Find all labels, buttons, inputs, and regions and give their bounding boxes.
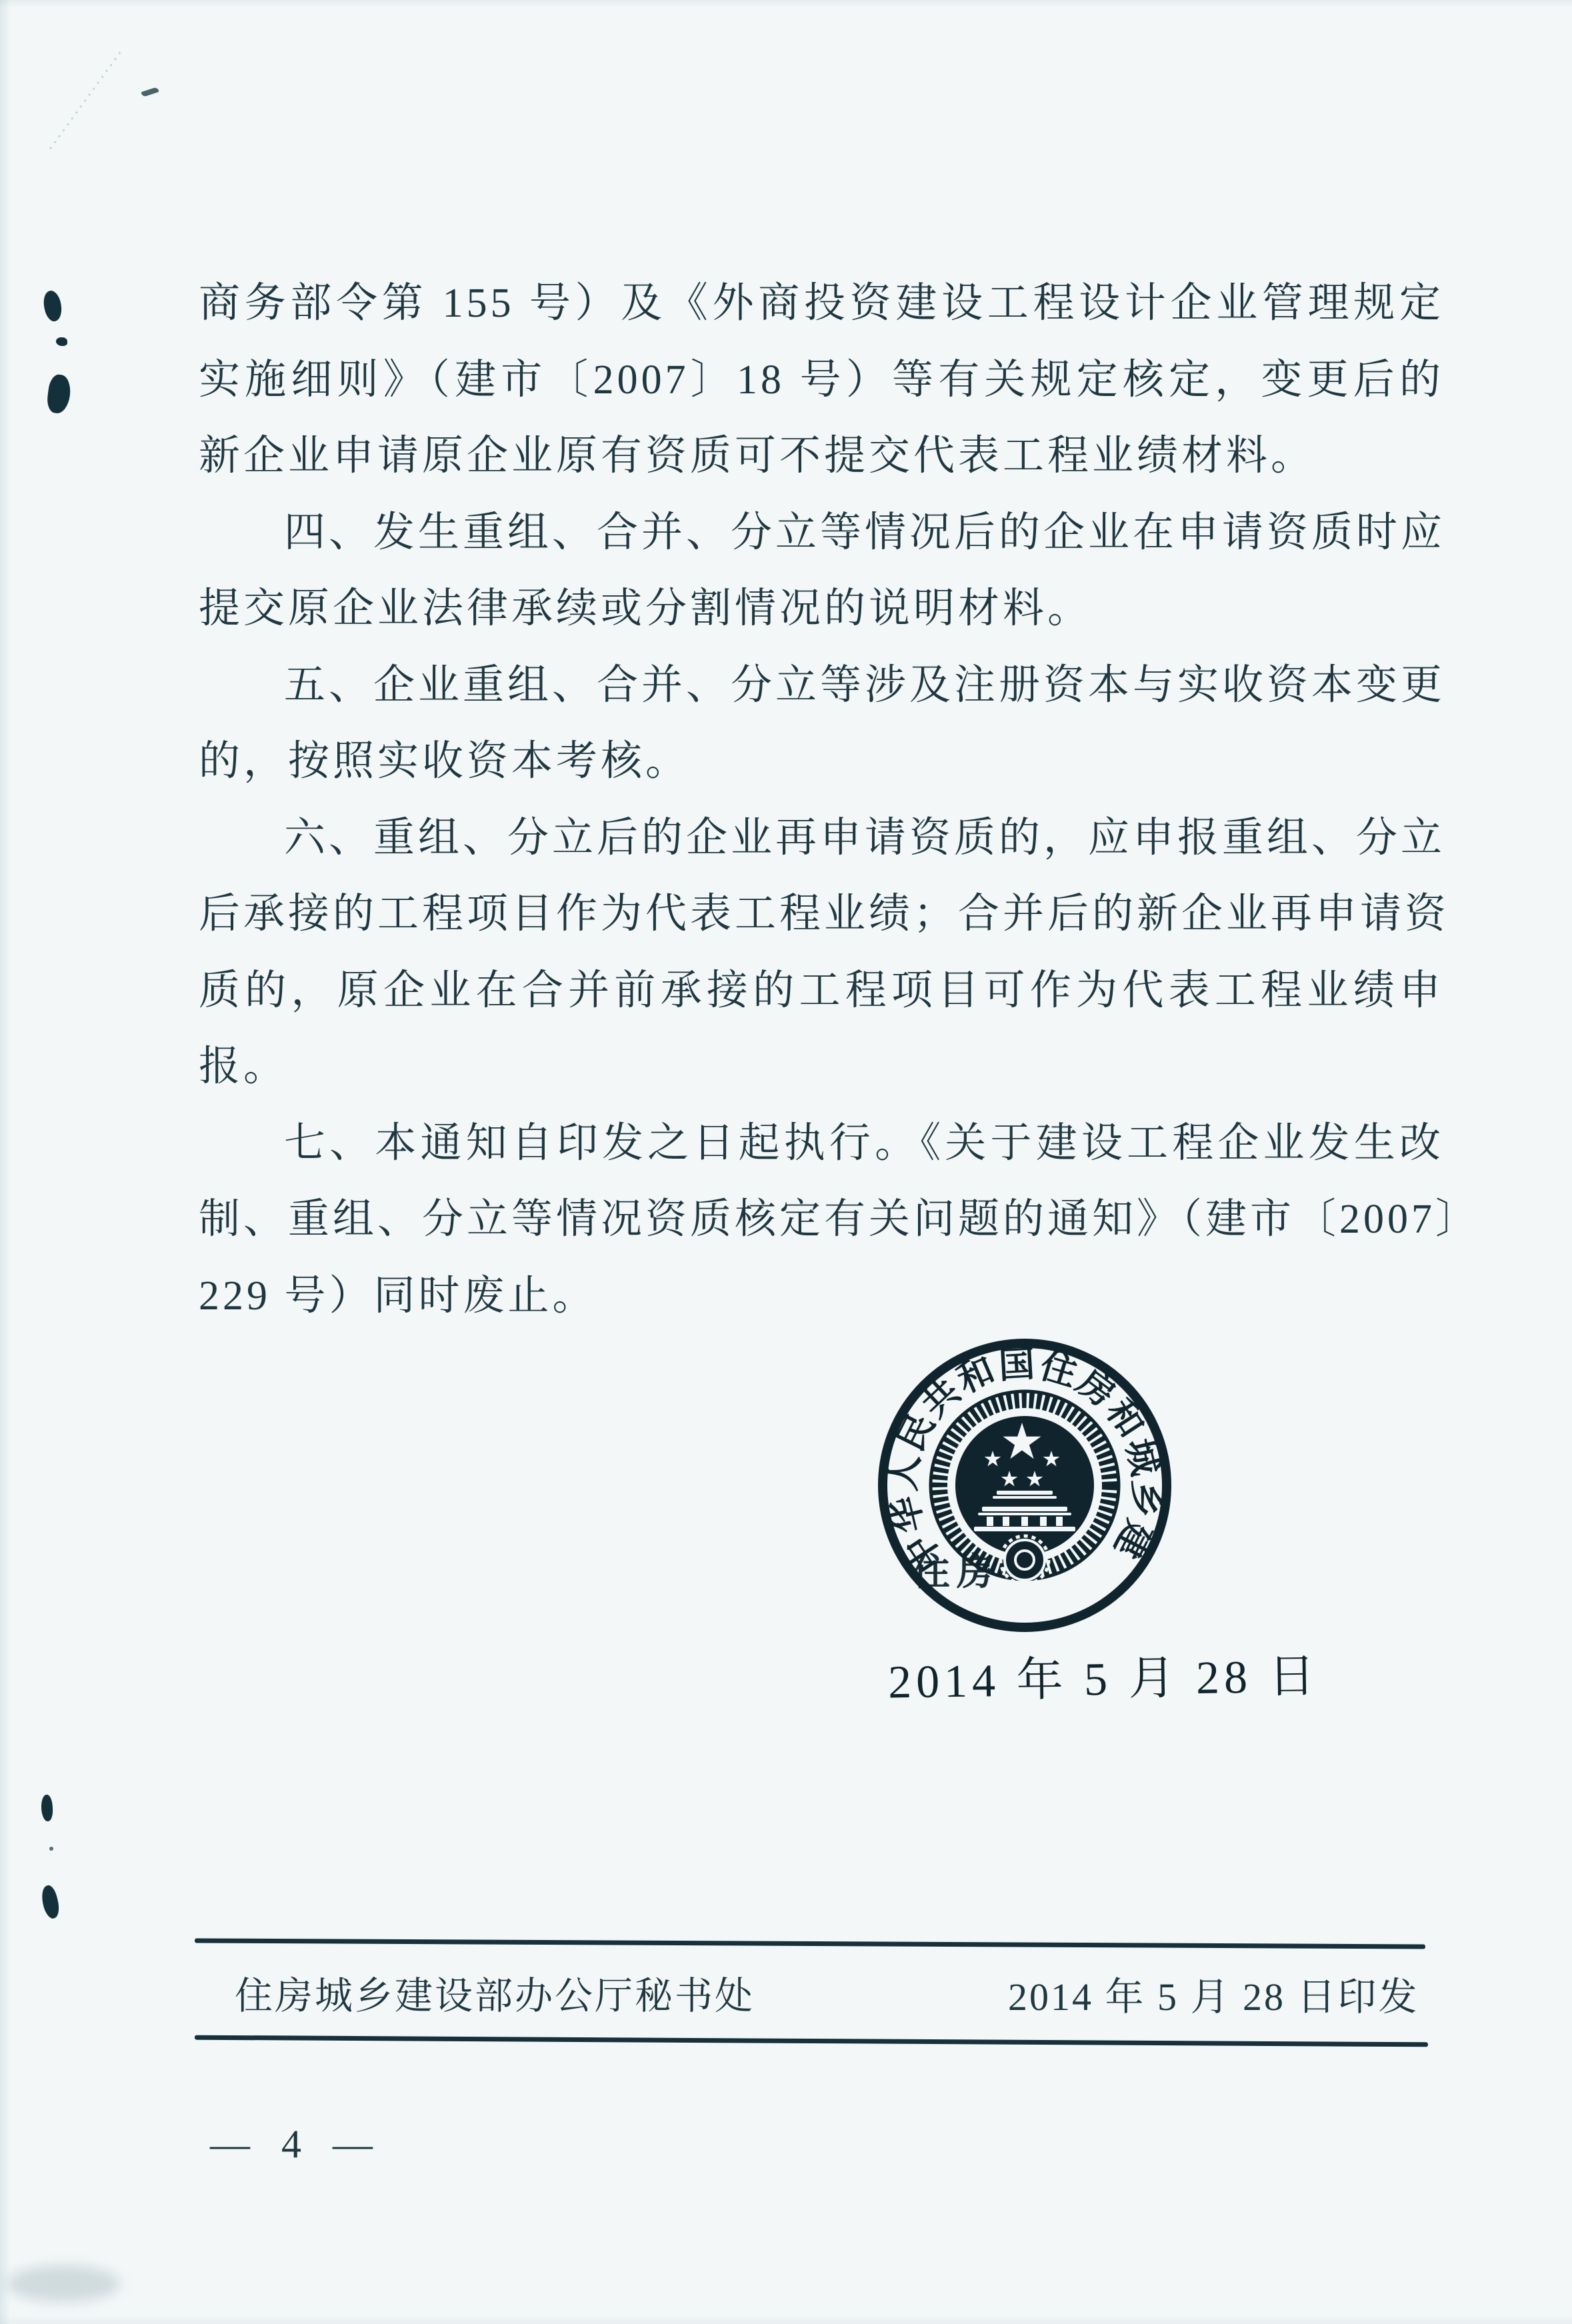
text-line: 质的，原企业在合并前承接的工程项目可作为代表工程业绩申 (199, 953, 1444, 1029)
text-line: 七、本通知自印发之日起执行。《关于建设工程企业发生改 (199, 1105, 1444, 1182)
text-line: 229 号）同时废止。 (199, 1258, 1444, 1335)
seal-ghost-text: 住房 (913, 1552, 1001, 1593)
footer-rule-bottom (195, 2035, 1428, 2047)
ink-blob (39, 1884, 62, 1920)
ink-blob (56, 337, 67, 346)
text-line: 实施细则》（建市〔2007〕18 号）等有关规定核定，变更后的 (199, 342, 1444, 419)
text-line: 提交原企业法律承续或分割情况的说明材料。 (199, 571, 1444, 647)
footer-issuer: 住房城乡建设部办公厅秘书处 (235, 1965, 755, 2020)
ink-blob (41, 1794, 54, 1821)
scanned-document-page: 商务部令第 155 号）及《外商投资建设工程设计企业管理规定 实施细则》（建市〔… (0, 0, 1572, 2324)
text-line: 制、重组、分立等情况资质核定有关问题的通知》（建市〔2007〕 (199, 1181, 1444, 1258)
text-line: 五、企业重组、合并、分立等涉及注册资本与实收资本变更 (199, 647, 1444, 724)
text-line: 四、发生重组、合并、分立等情况后的企业在申请资质时应 (199, 495, 1444, 571)
scan-streak (49, 49, 123, 149)
text-line: 新企业申请原企业原有资质可不提交代表工程业绩材料。 (199, 418, 1444, 495)
scan-smudge (7, 2265, 120, 2302)
official-seal: 中华人民共和国住房和城乡建设部 (851, 1312, 1198, 1659)
ink-blob (49, 1847, 53, 1851)
seal-date: 2014 年 5 月 28 日 (887, 1639, 1315, 1712)
ink-blob (46, 373, 73, 415)
scan-speck (141, 87, 159, 97)
text-line: 商务部令第 155 号）及《外商投资建设工程设计企业管理规定 (199, 265, 1444, 342)
text-line: 六、重组、分立后的企业再申请资质的，应申报重组、分立 (199, 800, 1444, 877)
body-text: 商务部令第 155 号）及《外商投资建设工程设计企业管理规定 实施细则》（建市〔… (199, 265, 1444, 1334)
ink-blob (40, 289, 65, 323)
footer-rule-top (195, 1938, 1425, 1949)
text-line: 报。 (199, 1029, 1444, 1105)
footer-print-date: 2014 年 5 月 28 日印发 (1008, 1965, 1419, 2021)
text-line: 的，按照实收资本考核。 (199, 723, 1444, 800)
text-line: 后承接的工程项目作为代表工程业绩；合并后的新企业再申请资 (199, 876, 1444, 953)
page-number: — 4 — (210, 2121, 383, 2167)
